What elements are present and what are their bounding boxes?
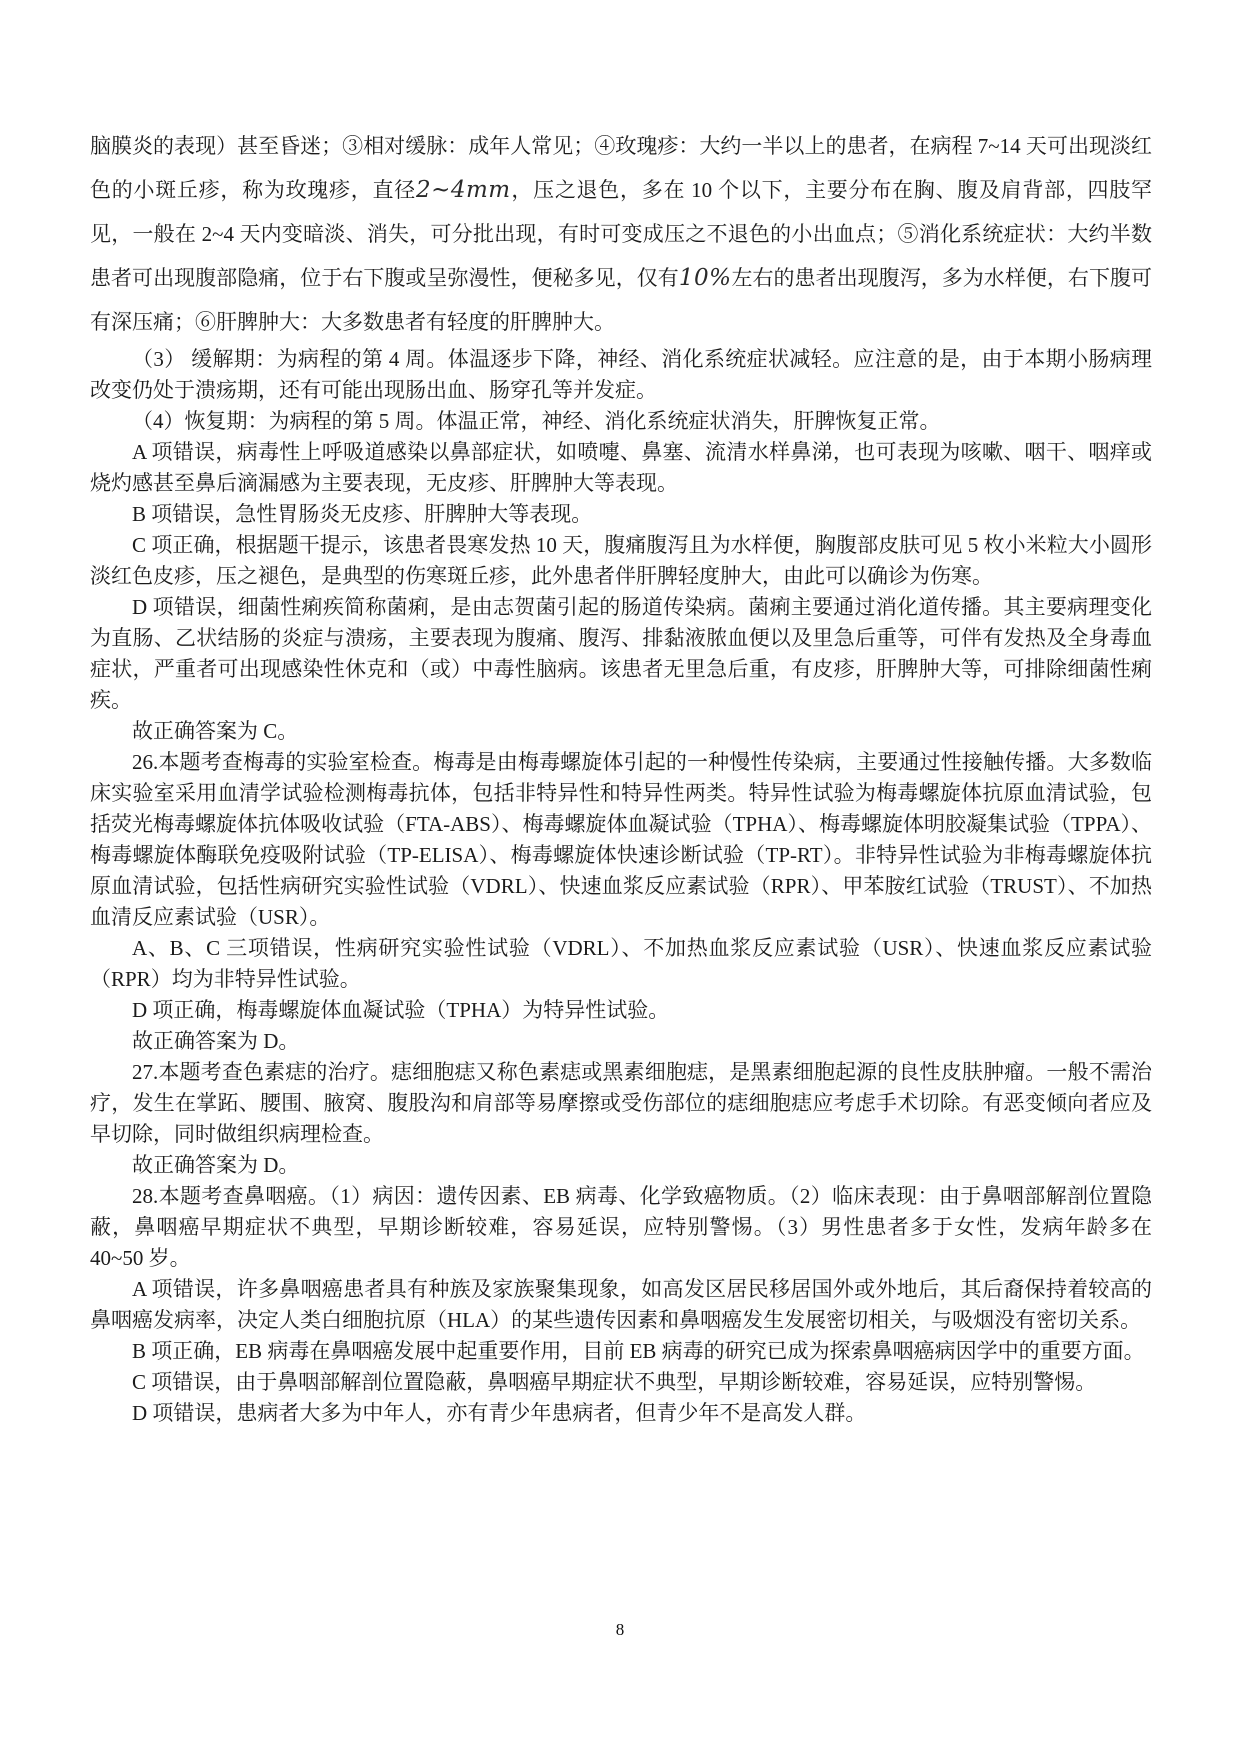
text-run: 26.本题考查梅毒的实验室检查。梅毒是由梅毒螺旋体引起的一种慢性传染病，主要通过… — [90, 750, 1152, 929]
paragraph-q25-option-c: C 项正确，根据题干提示，该患者畏寒发热 10 天，腹痛腹泻且为水样便，胸腹部皮… — [90, 530, 1152, 592]
paragraph-q28-option-d: D 项错误，患病者大多为中年人，亦有青少年患病者，但青少年不是高发人群。 — [90, 1398, 1152, 1429]
paragraph-q28-option-a: A 项错误，许多鼻咽癌患者具有种族及家族聚集现象，如高发区居民移居国外或外地后，… — [90, 1274, 1152, 1336]
paragraph-remission-stage: （3） 缓解期：为病程的第 4 周。体温逐步下降，神经、消化系统症状减轻。应注意… — [90, 344, 1152, 406]
text-run: D 项错误，患病者大多为中年人，亦有青少年患病者，但青少年不是高发人群。 — [132, 1401, 866, 1425]
paragraph-q25-option-d: D 项错误，细菌性痢疾简称菌痢，是由志贺菌引起的肠道传染病。菌痢主要通过消化道传… — [90, 592, 1152, 716]
text-run: A、B、C 三项错误，性病研究实验性试验（VDRL）、不加热血浆反应素试验（US… — [90, 936, 1152, 991]
text-run: A 项错误，许多鼻咽癌患者具有种族及家族聚集现象，如高发区居民移居国外或外地后，… — [90, 1277, 1152, 1332]
text-run: 故正确答案为 C。 — [132, 719, 298, 743]
text-run: （3） 缓解期：为病程的第 4 周。体温逐步下降，神经、消化系统症状减轻。应注意… — [90, 347, 1152, 402]
paragraph-q28-option-c: C 项错误，由于鼻咽部解剖位置隐蔽，鼻咽癌早期症状不典型，早期诊断较难，容易延误… — [90, 1367, 1152, 1398]
text-run: 故正确答案为 D。 — [132, 1029, 299, 1053]
math-run-percent: 10% — [679, 265, 732, 291]
math-run-diameter: 2~4mm — [416, 177, 511, 203]
text-run: 27.本题考查色素痣的治疗。痣细胞痣又称色素痣或黑素细胞痣，是黑素细胞起源的良性… — [90, 1060, 1152, 1146]
text-run: D 项正确，梅毒螺旋体血凝试验（TPHA）为特异性试验。 — [132, 998, 669, 1022]
document-page: 脑膜炎的表现）甚至昏迷；③相对缓脉：成年人常见；④玫瑰疹：大约一半以上的患者，在… — [0, 0, 1240, 1754]
text-run: C 项错误，由于鼻咽部解剖位置隐蔽，鼻咽癌早期症状不典型，早期诊断较难，容易延误… — [132, 1370, 1096, 1394]
paragraph-q28-option-b: B 项正确，EB 病毒在鼻咽癌发展中起重要作用，目前 EB 病毒的研究已成为探索… — [90, 1336, 1152, 1367]
paragraph-q26-option-d: D 项正确，梅毒螺旋体血凝试验（TPHA）为特异性试验。 — [90, 995, 1152, 1026]
paragraph-q26-explanation: 26.本题考查梅毒的实验室检查。梅毒是由梅毒螺旋体引起的一种慢性传染病，主要通过… — [90, 747, 1152, 933]
text-run: 28.本题考查鼻咽癌。（1）病因：遗传因素、EB 病毒、化学致癌物质。（2）临床… — [90, 1184, 1152, 1270]
answer-explanation-body: 脑膜炎的表现）甚至昏迷；③相对缓脉：成年人常见；④玫瑰疹：大约一半以上的患者，在… — [90, 124, 1152, 1429]
paragraph-q28-explanation: 28.本题考查鼻咽癌。（1）病因：遗传因素、EB 病毒、化学致癌物质。（2）临床… — [90, 1181, 1152, 1274]
text-run: B 项正确，EB 病毒在鼻咽癌发展中起重要作用，目前 EB 病毒的研究已成为探索… — [132, 1339, 1145, 1363]
paragraph-q25-answer: 故正确答案为 C。 — [90, 716, 1152, 747]
text-run: 故正确答案为 D。 — [132, 1153, 299, 1177]
text-run: （4）恢复期：为病程的第 5 周。体温正常，神经、消化系统症状消失，肝脾恢复正常… — [132, 409, 941, 433]
paragraph-q27-answer: 故正确答案为 D。 — [90, 1150, 1152, 1181]
paragraph-typhoid-continuation: 脑膜炎的表现）甚至昏迷；③相对缓脉：成年人常见；④玫瑰疹：大约一半以上的患者，在… — [90, 124, 1152, 344]
text-run: D 项错误，细菌性痢疾简称菌痢，是由志贺菌引起的肠道传染病。菌痢主要通过消化道传… — [90, 595, 1152, 712]
text-run: C 项正确，根据题干提示，该患者畏寒发热 10 天，腹痛腹泻且为水样便，胸腹部皮… — [90, 533, 1152, 588]
paragraph-recovery-stage: （4）恢复期：为病程的第 5 周。体温正常，神经、消化系统症状消失，肝脾恢复正常… — [90, 406, 1152, 437]
paragraph-q26-options-abc: A、B、C 三项错误，性病研究实验性试验（VDRL）、不加热血浆反应素试验（US… — [90, 933, 1152, 995]
page-number: 8 — [0, 1620, 1240, 1640]
text-run: A 项错误，病毒性上呼吸道感染以鼻部症状，如喷嚏、鼻塞、流清水样鼻涕，也可表现为… — [90, 440, 1152, 495]
paragraph-q26-answer: 故正确答案为 D。 — [90, 1026, 1152, 1057]
paragraph-q25-option-a: A 项错误，病毒性上呼吸道感染以鼻部症状，如喷嚏、鼻塞、流清水样鼻涕，也可表现为… — [90, 437, 1152, 499]
text-run: B 项错误，急性胃肠炎无皮疹、肝脾肿大等表现。 — [132, 502, 592, 526]
paragraph-q27-explanation: 27.本题考查色素痣的治疗。痣细胞痣又称色素痣或黑素细胞痣，是黑素细胞起源的良性… — [90, 1057, 1152, 1150]
paragraph-q25-option-b: B 项错误，急性胃肠炎无皮疹、肝脾肿大等表现。 — [90, 499, 1152, 530]
